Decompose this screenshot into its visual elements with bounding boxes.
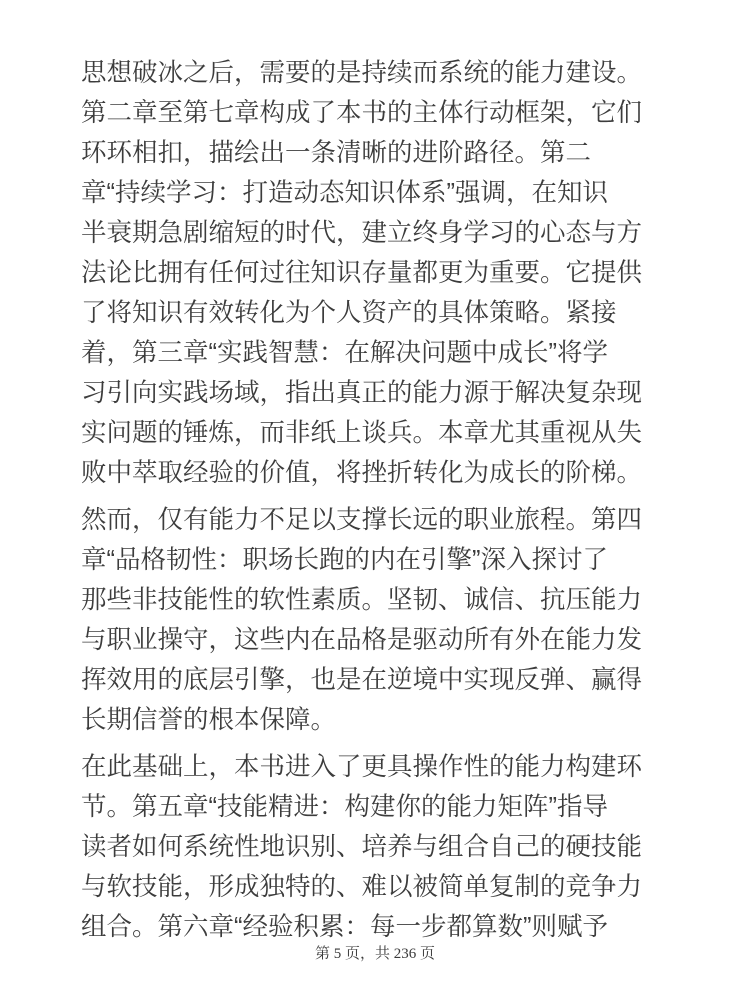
text-line: 与软技能，形成独特的、难以被简单复制的竞争力: [81, 867, 691, 907]
paragraph: 思想破冰之后，需要的是持续而系统的能力建设。第二章至第七章构成了本书的主体行动框…: [81, 53, 691, 493]
text-line: 组合。第六章“经验积累：每一步都算数”则赋予: [81, 907, 691, 947]
page-number-indicator: 第 5 页，共 236 页: [315, 946, 435, 962]
text-line: 环环相扣，描绘出一条清晰的进阶路径。第二: [81, 133, 691, 173]
text-line: 了将知识有效转化为个人资产的具体策略。紧接: [81, 293, 691, 333]
text-line: 章“品格韧性：职场长跑的内在引擎”深入探讨了: [81, 540, 691, 580]
text-line: 习引向实践场域，指出真正的能力源于解决复杂现: [81, 373, 691, 413]
page-footer: 第 5 页，共 236 页: [0, 944, 750, 964]
text-line: 着，第三章“实践智慧：在解决问题中成长”将学: [81, 333, 691, 373]
text-line: 在此基础上，本书进入了更具操作性的能力构建环: [81, 747, 691, 787]
text-line: 法论比拥有任何过往知识存量都更为重要。它提供: [81, 253, 691, 293]
text-line: 实问题的锤炼，而非纸上谈兵。本章尤其重视从失: [81, 413, 691, 453]
text-line: 章“持续学习：打造动态知识体系”强调，在知识: [81, 173, 691, 213]
text-line: 读者如何系统性地识别、培养与组合自己的硬技能: [81, 827, 691, 867]
paragraph: 然而，仅有能力不足以支撑长远的职业旅程。第四章“品格韧性：职场长跑的内在引擎”深…: [81, 500, 691, 740]
text-line: 第二章至第七章构成了本书的主体行动框架，它们: [81, 93, 691, 133]
text-line: 与职业操守，这些内在品格是驱动所有外在能力发: [81, 620, 691, 660]
text-line: 那些非技能性的软性素质。坚韧、诚信、抗压能力: [81, 580, 691, 620]
paragraph: 在此基础上，本书进入了更具操作性的能力构建环节。第五章“技能精进：构建你的能力矩…: [81, 747, 691, 947]
text-line: 节。第五章“技能精进：构建你的能力矩阵”指导: [81, 787, 691, 827]
document-page: 思想破冰之后，需要的是持续而系统的能力建设。第二章至第七章构成了本书的主体行动框…: [0, 0, 750, 1000]
text-line: 思想破冰之后，需要的是持续而系统的能力建设。: [81, 53, 691, 93]
text-line: 长期信誉的根本保障。: [81, 700, 691, 740]
text-line: 半衰期急剧缩短的时代，建立终身学习的心态与方: [81, 213, 691, 253]
text-line: 然而，仅有能力不足以支撑长远的职业旅程。第四: [81, 500, 691, 540]
text-line: 挥效用的底层引擎，也是在逆境中实现反弹、赢得: [81, 660, 691, 700]
page-body-text: 思想破冰之后，需要的是持续而系统的能力建设。第二章至第七章构成了本书的主体行动框…: [81, 53, 691, 947]
text-line: 败中萃取经验的价值，将挫折转化为成长的阶梯。: [81, 453, 691, 493]
